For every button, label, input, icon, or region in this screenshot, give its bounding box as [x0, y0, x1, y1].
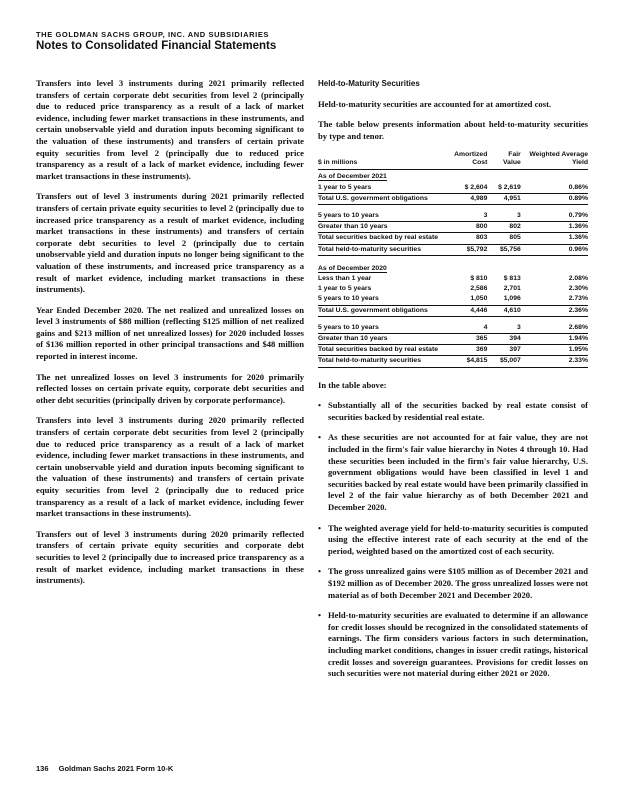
table-row: 1 year to 5 years $ 2,604 $ 2,619 0.86%	[318, 183, 588, 194]
page-footer: 136 Goldman Sachs 2021 Form 10-K	[36, 764, 181, 773]
table-row: Greater than 10 years 365 394 1.94%	[318, 334, 588, 345]
page-number: 136	[36, 764, 49, 773]
table-row: 1 year to 5 years 2,586 2,701 2.30%	[318, 284, 588, 294]
page-title: Notes to Consolidated Financial Statemen…	[36, 40, 596, 52]
left-column: Transfers into level 3 instruments durin…	[36, 78, 304, 596]
paragraph: Held-to-maturity securities are accounte…	[318, 99, 588, 111]
table-total-row: Total U.S. government obligations 4,989 …	[318, 193, 588, 204]
table-total-row: Total U.S. government obligations 4,446 …	[318, 305, 588, 316]
paragraph: Year Ended December 2020. The net realiz…	[36, 305, 304, 363]
list-item: The weighted average yield for held-to-m…	[328, 523, 588, 558]
column-header: $ in millions	[318, 151, 438, 170]
company-name: THE GOLDMAN SACHS GROUP, INC. AND SUBSID…	[36, 30, 596, 39]
table-row: Less than 1 year $ 810 $ 813 2.08%	[318, 274, 588, 284]
table-row: 5 years to 10 years 4 3 2.68%	[318, 323, 588, 334]
section-heading: Held-to-Maturity Securities	[318, 78, 588, 90]
notes-list: Substantially all of the securities back…	[318, 400, 588, 679]
table-total-row: Total held-to-maturity securities $5,792…	[318, 244, 588, 255]
paragraph: Transfers into level 3 instruments durin…	[36, 78, 304, 182]
table-row: Greater than 10 years 800 802 1.36%	[318, 222, 588, 233]
table-total-row: Total held-to-maturity securities $4,815…	[318, 356, 588, 367]
paragraph: The table below presents information abo…	[318, 119, 588, 142]
publication-name: Goldman Sachs 2021 Form 10-K	[59, 764, 174, 773]
paragraph: Transfers out of level 3 instruments dur…	[36, 529, 304, 587]
column-header: Weighted Average Yield	[521, 151, 588, 170]
list-item: Held-to-maturity securities are evaluate…	[328, 610, 588, 680]
list-item: The gross unrealized gains were $105 mil…	[328, 566, 588, 601]
table-row: 5 years to 10 years 1,050 1,096 2.73%	[318, 294, 588, 305]
table-row: Total securities backed by real estate 3…	[318, 345, 588, 356]
table-header-row: $ in millions Amortized Cost Fair Value …	[318, 151, 588, 170]
list-item: Substantially all of the securities back…	[328, 400, 588, 423]
notes-intro: In the table above:	[318, 380, 588, 392]
held-to-maturity-table: $ in millions Amortized Cost Fair Value …	[318, 151, 588, 367]
table-section-label: As of December 2021	[318, 170, 588, 183]
table-row: 5 years to 10 years 3 3 0.79%	[318, 211, 588, 222]
right-column: Held-to-Maturity Securities Held-to-matu…	[318, 78, 588, 689]
paragraph: Transfers out of level 3 instruments dur…	[36, 191, 304, 295]
page-header: THE GOLDMAN SACHS GROUP, INC. AND SUBSID…	[36, 30, 596, 52]
column-header: Fair Value	[487, 151, 520, 170]
list-item: As these securities are not accounted fo…	[328, 432, 588, 513]
table-section-label: As of December 2020	[318, 262, 588, 274]
paragraph: The net unrealized losses on level 3 ins…	[36, 372, 304, 407]
paragraph: Transfers into level 3 instruments durin…	[36, 415, 304, 519]
column-header: Amortized Cost	[438, 151, 487, 170]
table-row: Total securities backed by real estate 8…	[318, 233, 588, 244]
